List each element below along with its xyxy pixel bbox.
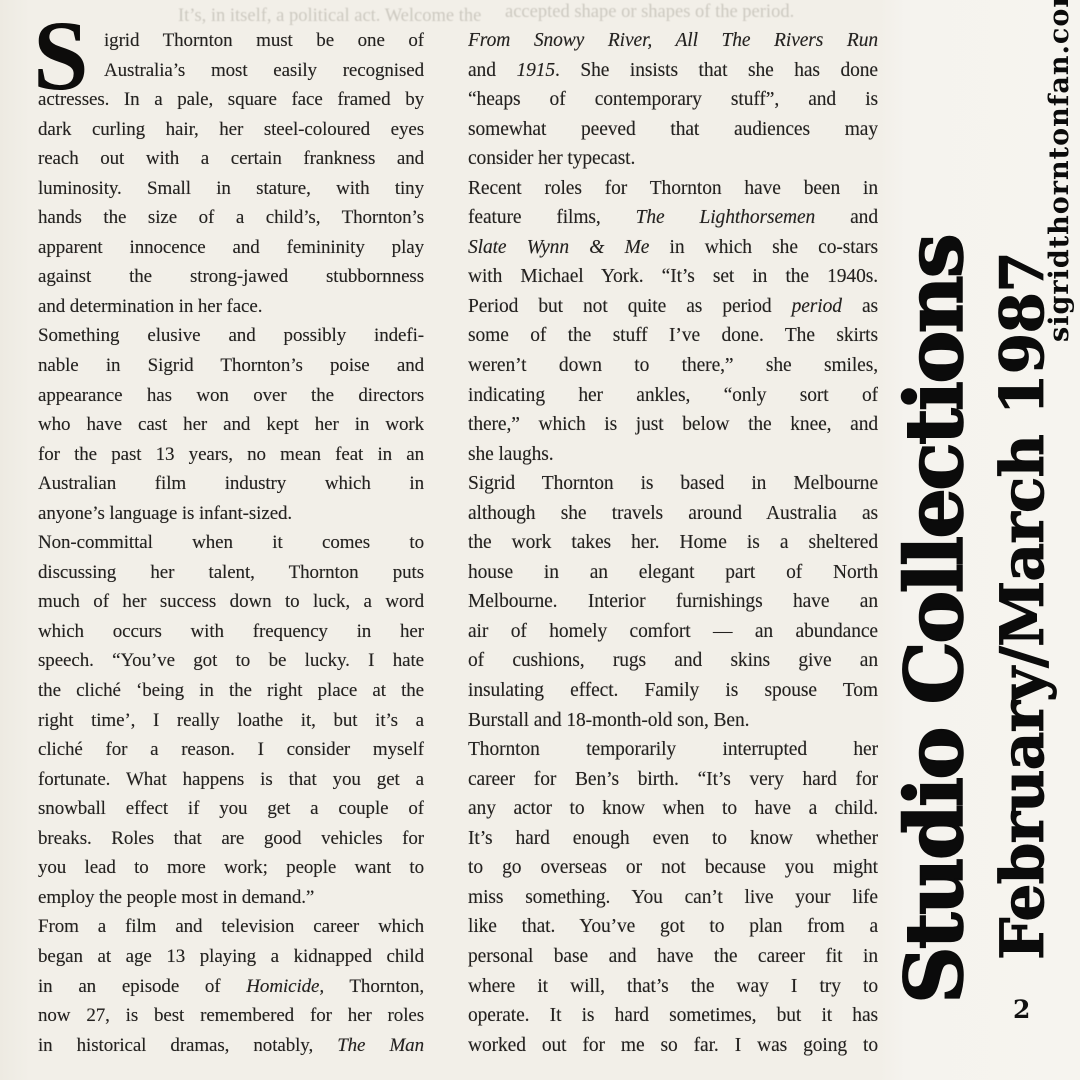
text-segment: and [815,207,878,228]
text-segment: and determination in her face. [38,296,262,317]
text-segment: cliché for a reason. I consider myself [38,739,424,760]
text-line: the work takes her. Home is a sheltered [468,528,878,558]
text-segment: consider her typecast. [468,148,635,169]
text-line: igrid Thornton must be one of [38,26,424,56]
text-segment: air of homely comfort — an abundance [468,621,878,642]
text-segment: nable in Sigrid Thornton’s poise and [38,355,424,376]
text-line: Something elusive and possibly indefi- [38,321,424,351]
text-segment: somewhat peeved that audiences may [468,119,878,140]
page-number: 2 [1013,995,1030,1024]
text-line: somewhat peeved that audiences may [468,115,878,145]
issue-date: February/March 1987 [992,358,1054,960]
text-segment: Thornton, [324,976,424,997]
text-segment: Burstall and 18-month-old son, Ben. [468,710,749,731]
italic-text-segment: From Snowy River, All The Rivers Run [468,30,878,51]
text-segment: there,” which is just below the knee, an… [468,414,878,435]
text-line: indicating her ankles, “only sort of [468,381,878,411]
text-segment: operate. It is hard sometimes, but it ha… [468,1005,878,1026]
text-line: Non-committal when it comes to [38,528,424,558]
text-segment: the work takes her. Home is a sheltered [468,532,878,553]
text-segment: speech. “You’ve got to be lucky. I hate [38,650,424,671]
text-line: any actor to know when to have a child. [468,794,878,824]
text-line: apparent innocence and femininity play [38,233,424,263]
text-segment: snowball effect if you get a couple of [38,798,424,819]
text-segment: Period but not quite as period [468,296,792,317]
text-line: Period but not quite as period period as [468,292,878,322]
text-line: discussing her talent, Thornton puts [38,558,424,588]
text-line: began at age 13 playing a kidnapped chil… [38,942,424,972]
text-segment: who have cast her and kept her in work [38,414,424,435]
text-segment: in historical dramas, notably, [38,1035,337,1056]
text-line: reach out with a certain frankness and [38,144,424,174]
text-segment: she laughs. [468,444,554,465]
text-segment: and [468,60,516,81]
text-line: where it will, that’s the way I try to [468,972,878,1002]
text-line: insulating effect. Family is spouse Tom [468,676,878,706]
text-segment: in an episode of [38,976,246,997]
text-segment: you lead to more work; people want to [38,857,424,878]
text-segment: worked out for me so far. I was going to [468,1035,878,1056]
italic-text-segment: Homicide, [246,976,324,997]
text-segment: dark curling hair, her steel-coloured ey… [38,119,424,140]
text-segment: anyone’s language is infant-sized. [38,503,292,524]
text-line: “heaps of contemporary stuff”, and is [468,85,878,115]
text-segment: miss something. You can’t live your life [468,887,878,908]
text-segment: where it will, that’s the way I try to [468,976,878,997]
ghost-text-left: It’s, in itself, a political act. Welcom… [178,6,481,27]
text-segment: feature films, [468,207,636,228]
italic-text-segment: The Man [337,1035,424,1056]
italic-text-segment: 1915 [516,60,555,81]
text-segment: luminosity. Small in stature, with tiny [38,178,424,199]
text-line: appearance has won over the directors [38,381,424,411]
text-line: which occurs with frequency in her [38,617,424,647]
text-segment: some of the stuff I’ve done. The skirts [468,325,878,346]
text-line: dark curling hair, her steel-coloured ey… [38,115,424,145]
text-line: actresses. In a pale, square face framed… [38,85,424,115]
text-line: From a film and television career which [38,912,424,942]
text-line: breaks. Roles that are good vehicles for [38,824,424,854]
text-segment: Australian film industry which in [38,473,424,494]
text-segment: Recent roles for Thornton have been in [468,178,878,199]
text-line: she laughs. [468,440,878,470]
magazine-page: It’s, in itself, a political act. Welcom… [0,0,1080,1080]
website-url: sigridthorntonfan.com [1042,8,1078,342]
text-segment: “heaps of contemporary stuff”, and is [468,89,878,110]
text-segment: From a film and television career which [38,916,424,937]
text-segment: Sigrid Thornton is based in Melbourne [468,473,878,494]
text-line: air of homely comfort — an abundance [468,617,878,647]
text-line: hands the size of a child’s, Thornton’s [38,203,424,233]
text-line: Slate Wynn & Me in which she co-stars [468,233,878,263]
text-segment: breaks. Roles that are good vehicles for [38,828,424,849]
text-line: house in an elegant part of North [468,558,878,588]
text-line: in historical dramas, notably, The Man [38,1031,424,1061]
text-segment: It’s hard enough even to know whether [468,828,878,849]
text-line: miss something. You can’t live your life [468,883,878,913]
article-column-left: igrid Thornton must be one ofAustralia’s… [38,26,424,1060]
text-segment: house in an elegant part of North [468,562,878,583]
text-line: like that. You’ve got to plan from a [468,912,878,942]
masthead-title: Studio Collections [892,212,976,1004]
text-segment: much of her success down to luck, a word [38,591,424,612]
article-column-right: From Snowy River, All The Rivers Runand … [468,26,878,1060]
text-line: feature films, The Lighthorsemen and [468,203,878,233]
text-line: cliché for a reason. I consider myself [38,735,424,765]
italic-text-segment: period [792,296,842,317]
text-segment: insulating effect. Family is spouse Tom [468,680,878,701]
text-segment: hands the size of a child’s, Thornton’s [38,207,424,228]
text-segment: the cliché ‘being in the right place at … [38,680,424,701]
text-line: worked out for me so far. I was going to [468,1031,878,1061]
text-segment: against the strong-jawed stubbornness [38,266,424,287]
text-line: personal base and have the career fit in [468,942,878,972]
text-segment: indicating her ankles, “only sort of [468,385,878,406]
text-segment: fortunate. What happens is that you get … [38,769,424,790]
text-line: Australian film industry which in [38,469,424,499]
text-line: with Michael York. “It’s set in the 1940… [468,262,878,292]
text-line: operate. It is hard sometimes, but it ha… [468,1001,878,1031]
text-line: against the strong-jawed stubbornness [38,262,424,292]
text-segment: with Michael York. “It’s set in the 1940… [468,266,878,287]
text-line: you lead to more work; people want to [38,853,424,883]
text-line: who have cast her and kept her in work [38,410,424,440]
text-line: Recent roles for Thornton have been in [468,174,878,204]
text-line: snowball effect if you get a couple of [38,794,424,824]
text-line: for the past 13 years, no mean feat in a… [38,440,424,470]
text-segment: of cushions, rugs and skins give an [468,650,878,671]
text-line: anyone’s language is infant-sized. [38,499,424,529]
text-line: consider her typecast. [468,144,878,174]
text-line: now 27, is best remembered for her roles [38,1001,424,1031]
text-line: Melbourne. Interior furnishings have an [468,587,878,617]
text-segment: which occurs with frequency in her [38,621,424,642]
text-segment: for the past 13 years, no mean feat in a… [38,444,424,465]
text-line: From Snowy River, All The Rivers Run [468,26,878,56]
text-segment: like that. You’ve got to plan from a [468,916,878,937]
text-segment: appearance has won over the directors [38,385,424,406]
text-line: of cushions, rugs and skins give an [468,646,878,676]
text-segment: now 27, is best remembered for her roles [38,1005,424,1026]
text-segment: apparent innocence and femininity play [38,237,424,258]
text-segment: Non-committal when it comes to [38,532,424,553]
text-segment: Melbourne. Interior furnishings have an [468,591,878,612]
text-segment: discussing her talent, Thornton puts [38,562,424,583]
text-line: Burstall and 18-month-old son, Ben. [468,706,878,736]
text-segment: in which she co-stars [649,237,878,258]
ghost-text-right: accepted shape or shapes of the period. [505,2,794,23]
text-line: right time’, I really loathe it, but it’… [38,706,424,736]
text-segment: igrid Thornton must be one of [104,30,424,51]
text-line: much of her success down to luck, a word [38,587,424,617]
text-line: nable in Sigrid Thornton’s poise and [38,351,424,381]
text-line: some of the stuff I’ve done. The skirts [468,321,878,351]
text-line: the cliché ‘being in the right place at … [38,676,424,706]
text-line: Australia’s most easily recognised [38,56,424,86]
text-segment: to go overseas or not because you might [468,857,878,878]
text-line: and 1915. She insists that she has done [468,56,878,86]
text-line: in an episode of Homicide, Thornton, [38,972,424,1002]
text-line: to go overseas or not because you might [468,853,878,883]
text-line: employ the people most in demand.” [38,883,424,913]
text-line: Sigrid Thornton is based in Melbourne [468,469,878,499]
text-line: career for Ben’s birth. “It’s very hard … [468,765,878,795]
text-segment: weren’t down to there,” she smiles, [468,355,878,376]
italic-text-segment: Slate Wynn & Me [468,237,649,258]
text-segment: career for Ben’s birth. “It’s very hard … [468,769,878,790]
text-line: Thornton temporarily interrupted her [468,735,878,765]
text-segment: employ the people most in demand.” [38,887,314,908]
text-segment: Australia’s most easily recognised [104,60,424,81]
text-line: there,” which is just below the knee, an… [468,410,878,440]
text-segment: right time’, I really loathe it, but it’… [38,710,424,731]
text-segment: Thornton temporarily interrupted her [468,739,878,760]
text-segment: personal base and have the career fit in [468,946,878,967]
text-segment: began at age 13 playing a kidnapped chil… [38,946,424,967]
text-segment: although she travels around Australia as [468,503,878,524]
text-line: weren’t down to there,” she smiles, [468,351,878,381]
italic-text-segment: The Lighthorsemen [636,207,816,228]
text-line: luminosity. Small in stature, with tiny [38,174,424,204]
text-segment: actresses. In a pale, square face framed… [38,89,424,110]
text-line: It’s hard enough even to know whether [468,824,878,854]
text-segment: Something elusive and possibly indefi- [38,325,424,346]
text-segment: as [842,296,878,317]
text-line: fortunate. What happens is that you get … [38,765,424,795]
text-line: speech. “You’ve got to be lucky. I hate [38,646,424,676]
text-line: and determination in her face. [38,292,424,322]
text-line: although she travels around Australia as [468,499,878,529]
text-segment: reach out with a certain frankness and [38,148,424,169]
text-segment: . She insists that she has done [555,60,878,81]
text-segment: any actor to know when to have a child. [468,798,878,819]
